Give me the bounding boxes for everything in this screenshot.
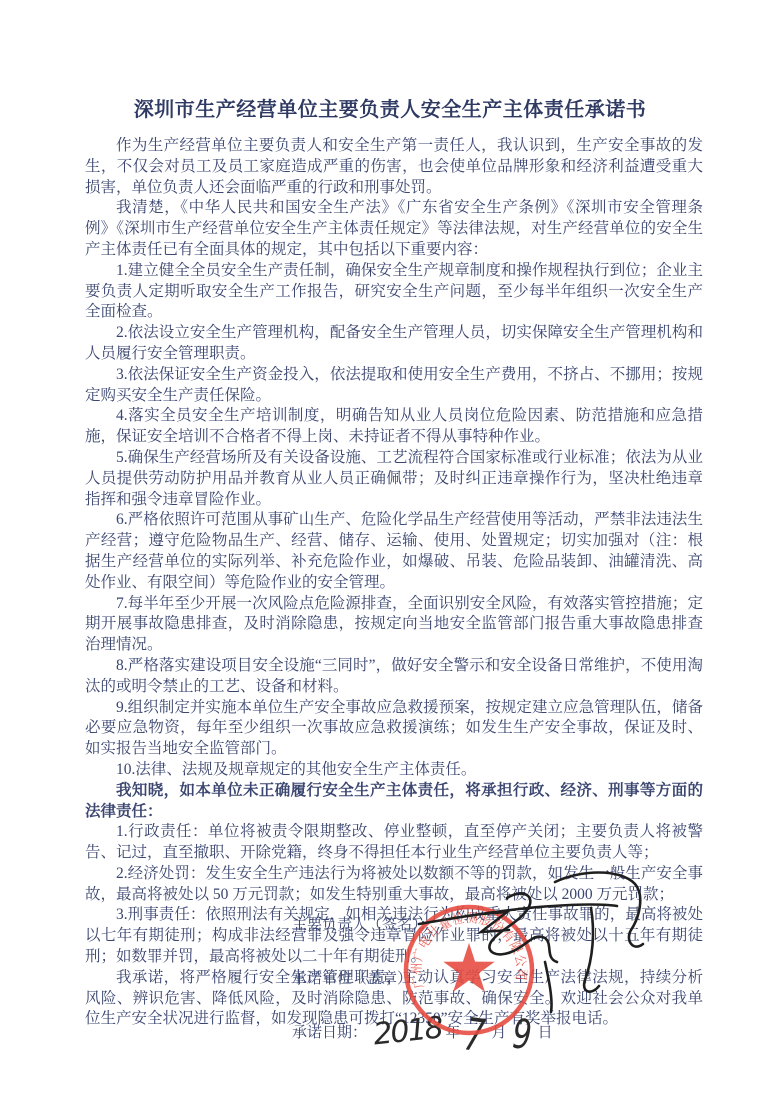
duty-item-5: 5.确保生产经营场所及有关设备设施、工艺流程符合国家标准或行业标准；依法为从业人…	[85, 448, 703, 510]
document-title: 深圳市生产经营单位主要负责人安全生产主体责任承诺书	[40, 93, 740, 122]
legal-basis-paragraph: 我清楚，《中华人民共和国安全生产法》《广东省安全生产条例》《深圳市安全管理条例》…	[85, 198, 703, 260]
intro-paragraph: 作为生产经营单位主要负责人和安全生产第一责任人，我认识到，生产安全事故的发生，不…	[85, 136, 703, 198]
duty-item-4: 4.落实全员安全生产培训制度，明确告知从业人员岗位危险因素、防范措施和应急措施，…	[85, 406, 703, 448]
liability-item-1: 1.行政责任：单位将被责令限期整改、停业整顿，直至停产关闭；主要负责人将被警告、…	[85, 822, 703, 864]
duty-item-9: 9.组织制定并实施本单位生产安全事故应急救援预案，按规定建立应急管理队伍，储备必…	[85, 698, 703, 760]
duty-item-1: 1.建立健全全员安全生产责任制，确保安全生产规章制度和操作规程执行到位；企业主要…	[85, 261, 703, 323]
duty-item-2: 2.依法设立安全生产管理机构，配备安全生产管理人员，切实保障安全生产管理机构和人…	[85, 323, 703, 365]
duty-item-6: 6.严格依照许可范围从事矿山生产、危险化学品生产经营使用等活动，严禁非法违法生产…	[85, 510, 703, 593]
duty-item-3: 3.依法保证安全生产资金投入，依法提取和使用安全生产费用，不挤占、不挪用；按规定…	[85, 365, 703, 407]
document-page: 深圳市生产经营单位主要负责人安全生产主体责任承诺书 作为生产经营单位主要负责人和…	[0, 0, 780, 1102]
date-label: 承诺日期：	[292, 1021, 367, 1042]
liability-intro: 我知晓，如本单位未正确履行安全生产主体责任，将承担行政、经济、刑事等方面的法律责…	[85, 781, 703, 823]
duty-item-7: 7.每半年至少开展一次风险点危险源排查，全面识别安全风险，有效落实管控措施；定期…	[85, 594, 703, 656]
duty-item-8: 8.严格落实建设项目安全设施“三同时”，做好安全警示和安全设备日常维护，不使用淘…	[85, 656, 703, 698]
handwritten-signature	[395, 862, 660, 1072]
duty-item-10: 10.法律、法规及规章规定的其他安全生产主体责任。	[85, 760, 703, 781]
